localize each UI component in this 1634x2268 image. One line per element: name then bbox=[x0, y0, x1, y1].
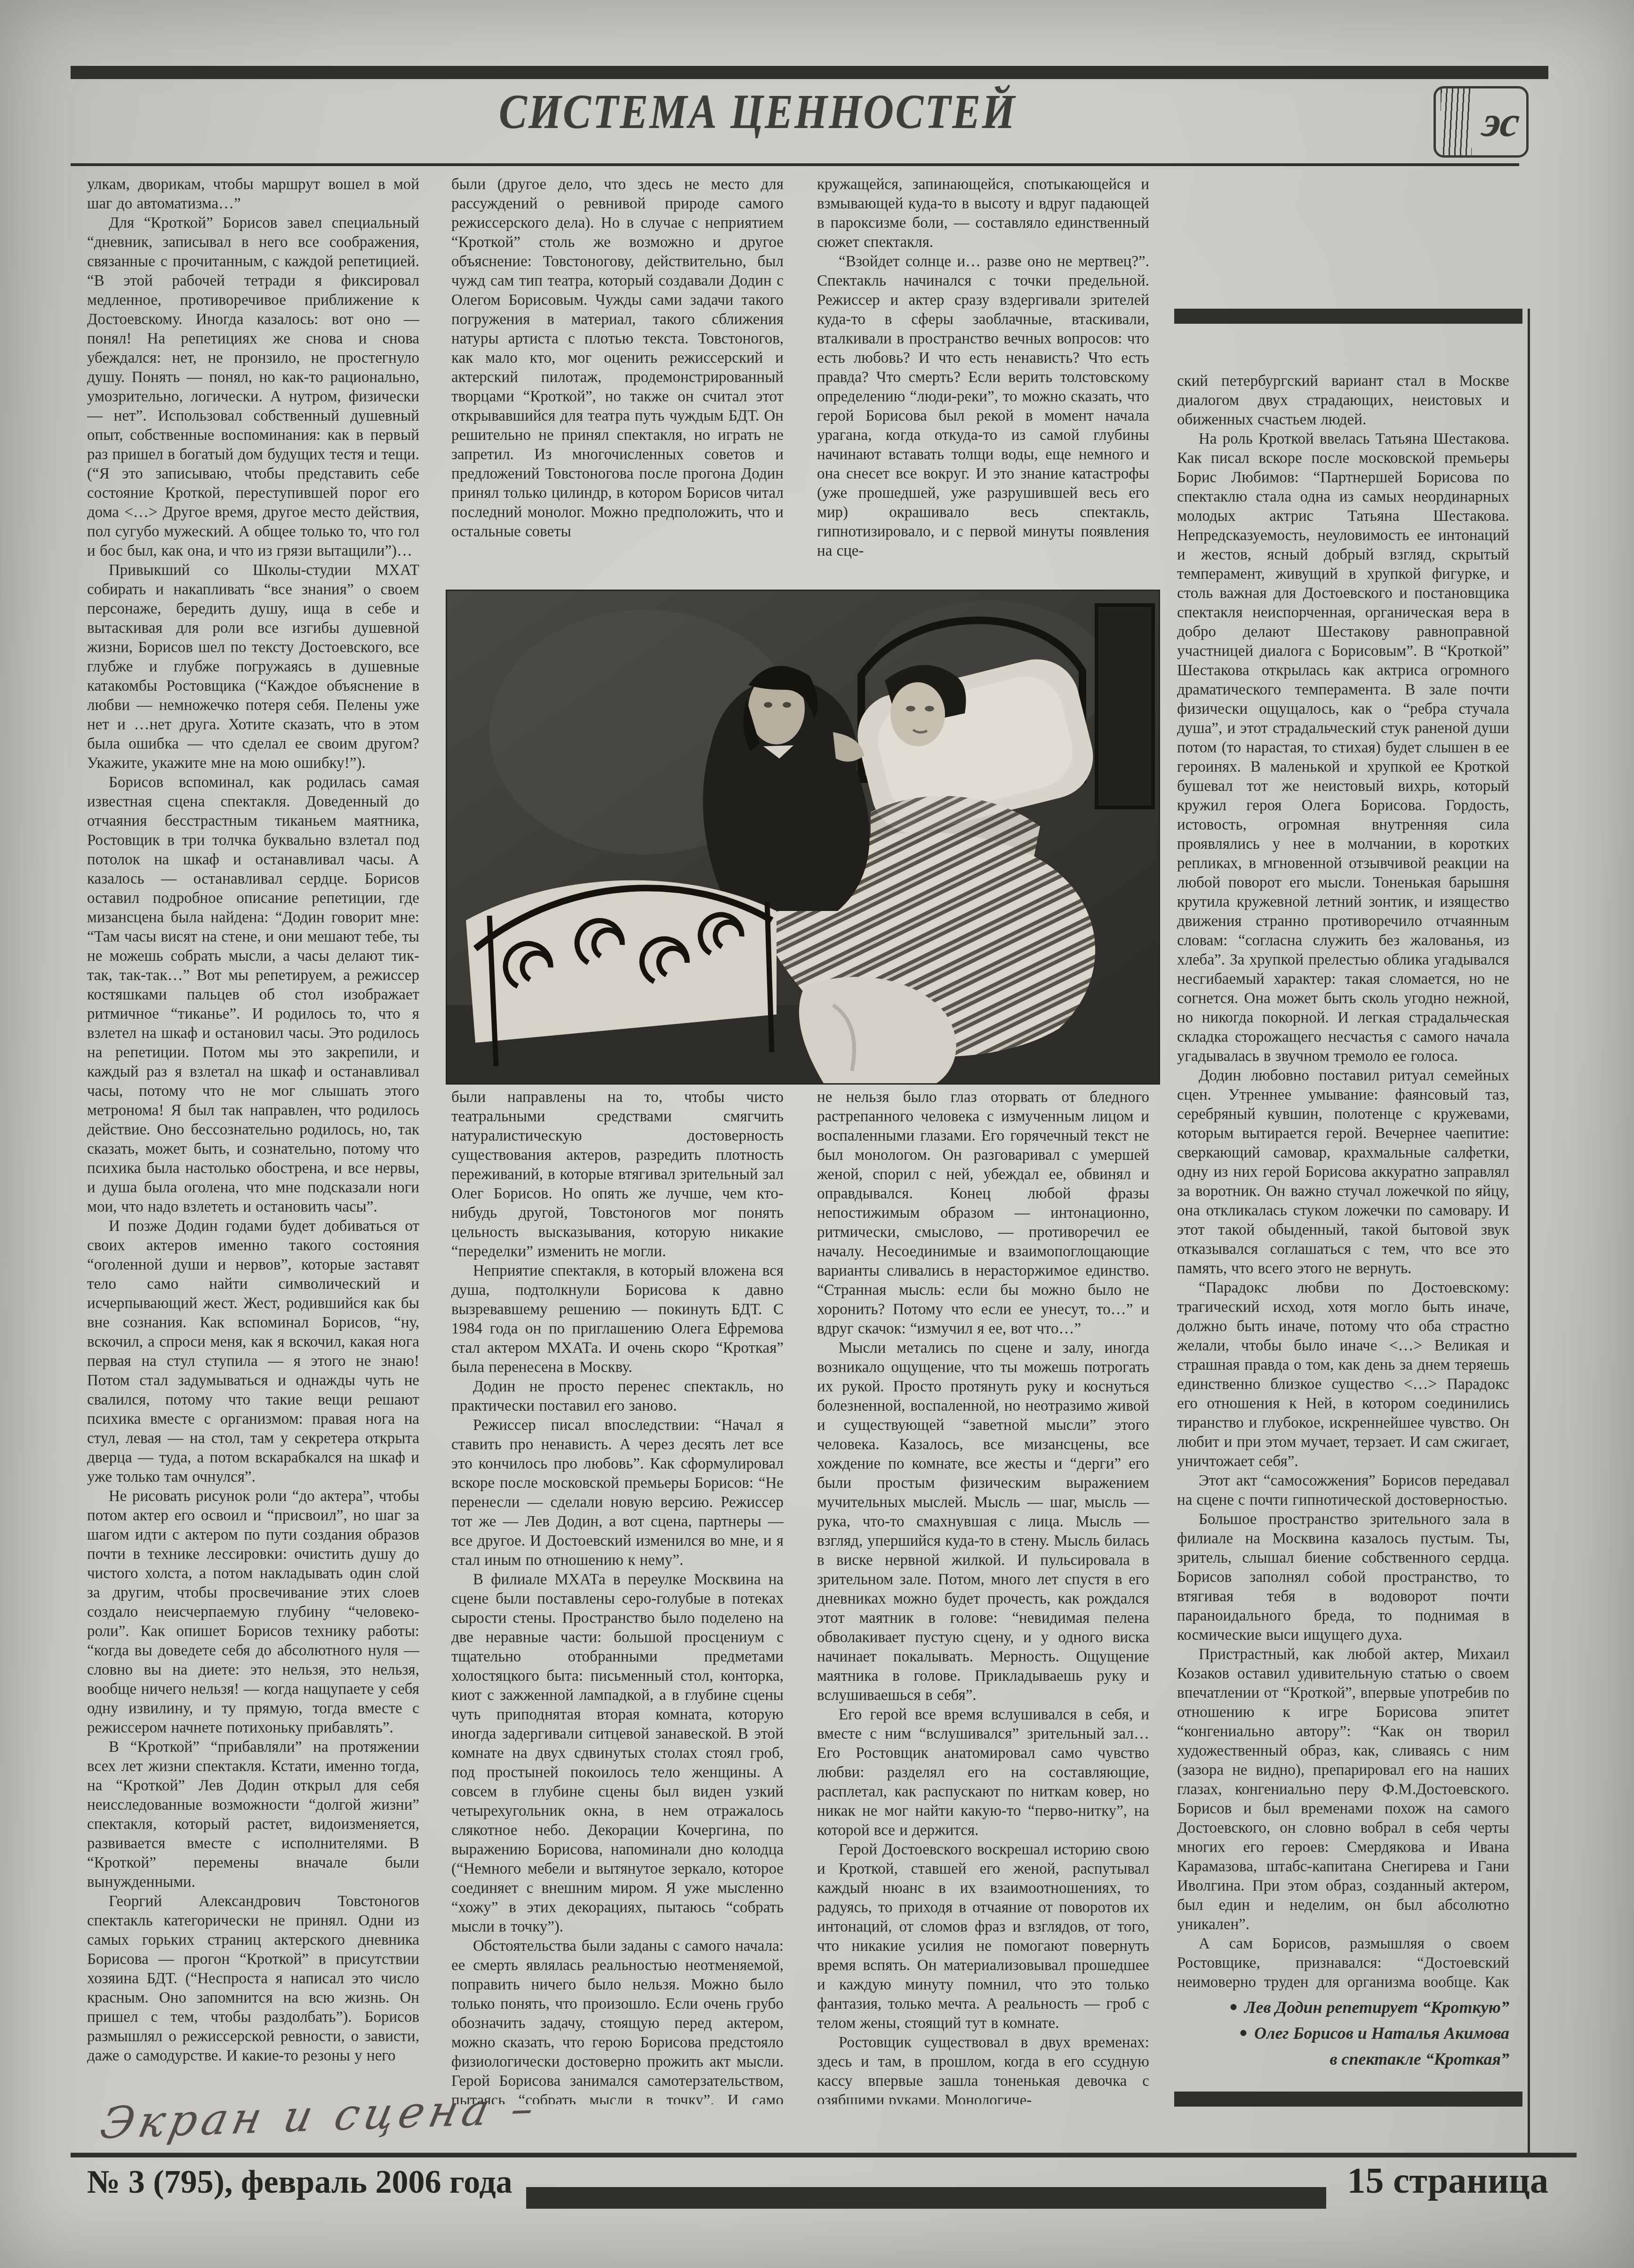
article-column-3-top: кружащейся, запинающейся, спотыкающейся … bbox=[817, 175, 1149, 582]
photo-credits: ●Лев Додин репетирует “Кроткую”●Олег Бор… bbox=[1177, 1995, 1509, 2071]
bullet-icon: ● bbox=[1239, 2020, 1248, 2045]
newspaper-page: СИСТЕМА ЦЕННОСТЕЙ эс улкам, дворикам, чт… bbox=[0, 0, 1634, 2268]
logo-stripes-icon bbox=[1441, 88, 1472, 155]
paragraph: Борисов вспоминал, как родилась самая из… bbox=[87, 773, 419, 1217]
paragraph: Его герой все время вслушивался в себя, … bbox=[817, 1705, 1149, 1840]
credit-line: в спектакле “Кроткая” bbox=[1177, 2047, 1509, 2071]
paragraph: кружащейся, запинающейся, спотыкающейся … bbox=[817, 175, 1149, 252]
page-title: СИСТЕМА ЦЕННОСТЕЙ bbox=[499, 79, 1033, 145]
paragraph: “Парадокс любви по Достоевскому: трагиче… bbox=[1177, 1278, 1509, 1471]
column4-bottom-bar bbox=[1174, 2092, 1522, 2107]
paragraph: На роль Кроткой ввелась Татьяна Шестаков… bbox=[1177, 430, 1509, 1066]
paragraph: Пристрастный, как любой актер, Михаил Ко… bbox=[1177, 1645, 1509, 1934]
paragraph: Ростовщик существовал в двух временах: з… bbox=[817, 2033, 1149, 2104]
paragraph: Герой Достоевского воскрешал историю сво… bbox=[817, 1840, 1149, 2033]
paragraph: Не рисовать рисунок роли “до актера”, чт… bbox=[87, 1487, 419, 1738]
stage-photo-art bbox=[447, 591, 1159, 1083]
paragraph: “Взойдет солнце и… разве оно не мертвец?… bbox=[817, 252, 1149, 561]
paragraph: Этот акт “самосожжения” Борисов передава… bbox=[1177, 1471, 1509, 1510]
paragraph: Привыкший со Школы-студии МХАТ собирать … bbox=[87, 561, 419, 773]
paragraph: Обстоятельства были заданы с самого нача… bbox=[451, 1937, 784, 2104]
paragraph: Режиссер писал впоследствии: “Начал я ст… bbox=[451, 1416, 784, 1570]
credit-line: ●Лев Додин репетирует “Кроткую” bbox=[1177, 1995, 1509, 2021]
paragraph: А сам Борисов, размышляя о своем Ростовщ… bbox=[1177, 1934, 1509, 1990]
bottom-rule bbox=[71, 2153, 1577, 2157]
paragraph: не нельзя было глаз оторвать от бледного… bbox=[817, 1088, 1149, 1339]
column4-top-bar bbox=[1174, 309, 1522, 324]
article-column-1: улкам, дворикам, чтобы маршрут вошел в м… bbox=[87, 175, 419, 2104]
credit-line: ●Олег Борисов и Наталья Акимова bbox=[1177, 2021, 1509, 2047]
paragraph: Мысли метались по сцене и залу, иногда в… bbox=[817, 1339, 1149, 1705]
paragraph: И позже Додин годами будет добиваться от… bbox=[87, 1217, 419, 1487]
column4-vertical-rule bbox=[1528, 309, 1530, 2153]
paragraph: Большое пространство зрительного зала в … bbox=[1177, 1510, 1509, 1645]
paragraph: ский петербургский вариант стал в Москве… bbox=[1177, 372, 1509, 430]
paragraph: улкам, дворикам, чтобы маршрут вошел в м… bbox=[87, 175, 419, 214]
article-column-2-bottom: были направлены на то, чтобы чисто театр… bbox=[451, 1088, 784, 2104]
paragraph: Додин не просто перенес спектакль, но пр… bbox=[451, 1377, 784, 1416]
article-column-4: ский петербургский вариант стал в Москве… bbox=[1177, 372, 1509, 1990]
bullet-icon: ● bbox=[1229, 1995, 1238, 2019]
article-column-2-top: были (другое дело, что здесь не место дл… bbox=[451, 175, 784, 582]
page-number: 15 страница bbox=[1242, 2160, 1548, 2201]
paragraph: Для “Кроткой” Борисов завел специальный … bbox=[87, 214, 419, 561]
top-bar bbox=[71, 66, 1548, 79]
paragraph: В “Кроткой” “прибавляли” на протяжении в… bbox=[87, 1738, 419, 1892]
footer-bar bbox=[526, 2187, 1326, 2209]
stage-photograph bbox=[447, 591, 1159, 1083]
paragraph: В филиале МХАТа в переулке Москвина на с… bbox=[451, 1570, 784, 1937]
paragraph: Георгий Александрович Товстоногов спекта… bbox=[87, 1892, 419, 2066]
es-monogram-icon: эс bbox=[1480, 91, 1522, 152]
masthead-rule bbox=[71, 163, 1519, 166]
article-column-3-bottom: не нельзя было глаз оторвать от бледного… bbox=[817, 1088, 1149, 2104]
paragraph: были направлены на то, чтобы чисто театр… bbox=[451, 1088, 784, 1262]
newspaper-logo: эс bbox=[1434, 86, 1529, 158]
paragraph: Додин любовно поставил ритуал семейных с… bbox=[1177, 1066, 1509, 1278]
paragraph: Неприятие спектакля, в который вложена в… bbox=[451, 1262, 784, 1377]
paragraph: были (другое дело, что здесь не место дл… bbox=[451, 175, 784, 542]
